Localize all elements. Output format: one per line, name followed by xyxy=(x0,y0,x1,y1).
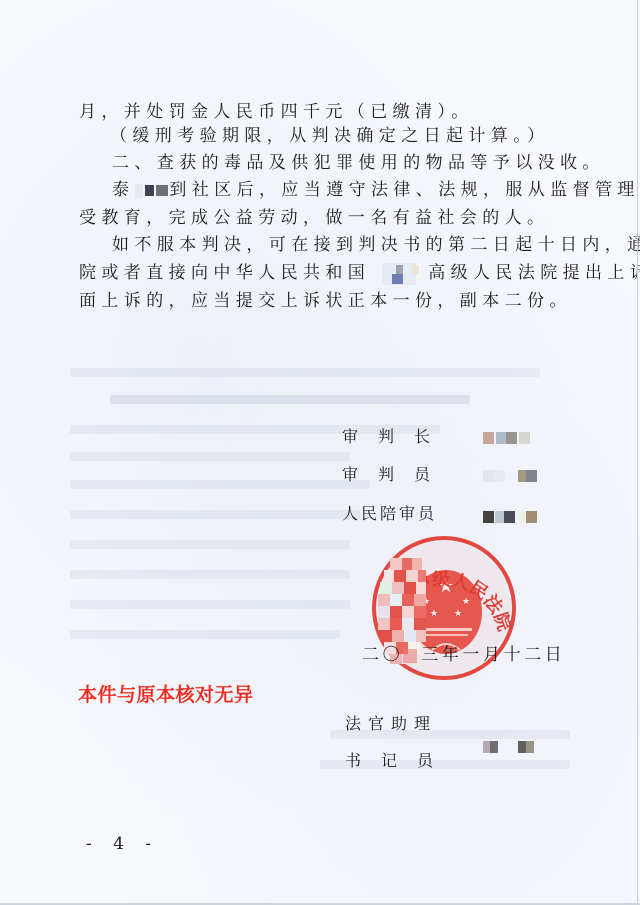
body-line-7-text: 高级人民法院提出上诉。书 xyxy=(428,263,640,283)
svg-text:★: ★ xyxy=(454,609,462,619)
show-through-line xyxy=(110,395,470,404)
judge-label: 审判员 xyxy=(342,464,450,486)
clerk-label: 书记员 xyxy=(345,750,453,772)
redacted-name xyxy=(134,180,169,200)
name-prefix: 泰 xyxy=(112,180,134,200)
page-number: - 4 - xyxy=(86,834,159,854)
date-suffix: 三年一月十二日 xyxy=(421,645,565,665)
show-through-line xyxy=(70,510,360,519)
body-line-5: 受教育，完成公益劳动，做一名有益社会的人。 xyxy=(79,206,549,230)
show-through-line xyxy=(70,630,340,639)
body-line-3: 二、查获的毒品及供犯罪使用的物品等予以没收。 xyxy=(112,151,605,175)
show-through-line xyxy=(70,600,350,609)
judicial-assistant-label: 法官助理 xyxy=(345,713,437,735)
juror-label: 人民陪审员 xyxy=(342,503,437,525)
show-through-line xyxy=(70,570,350,579)
show-through-line xyxy=(70,480,370,489)
show-through-line xyxy=(70,452,350,461)
judgment-date: 二〇三年一月十二日 xyxy=(362,644,565,666)
redacted-province xyxy=(370,263,428,285)
body-line-1: 月，并处罚金人民币四千元（已缴清）。 xyxy=(79,100,474,124)
body-line-7: 院或者直接向中华人民共和国高级人民法院提出上诉。书 xyxy=(79,261,640,285)
copy-certification-stamp: 本件与原本核对无异 xyxy=(78,680,254,707)
body-line-4-text: 到社区后，应当遵守法律、法规，服从监督管理，接 xyxy=(169,180,640,200)
body-line-7-prefix: 院或者直接向中华人民共和国 xyxy=(79,263,370,283)
body-line-6: 如不服本判决，可在接到判决书的第二日起十日内，通过本 xyxy=(112,233,640,257)
date-redacted xyxy=(403,649,417,663)
svg-text:★: ★ xyxy=(462,597,470,607)
body-line-2: （缓刑考验期限，从判决确定之日起计算。） xyxy=(110,124,550,148)
document-page: 月，并处罚金人民币四千元（已缴清）。 （缓刑考验期限，从判决确定之日起计算。） … xyxy=(0,0,640,905)
show-through-line xyxy=(70,540,350,549)
scan-edge xyxy=(637,0,638,905)
date-prefix: 二〇 xyxy=(362,645,403,665)
show-through-line xyxy=(70,368,540,377)
body-line-4: 泰到社区后，应当遵守法律、法规，服从监督管理，接 xyxy=(112,178,640,202)
body-line-8: 面上诉的，应当提交上诉状正本一份，副本二份。 xyxy=(79,289,572,313)
presiding-judge-label: 审判长 xyxy=(342,426,450,448)
svg-text:★: ★ xyxy=(430,609,438,619)
